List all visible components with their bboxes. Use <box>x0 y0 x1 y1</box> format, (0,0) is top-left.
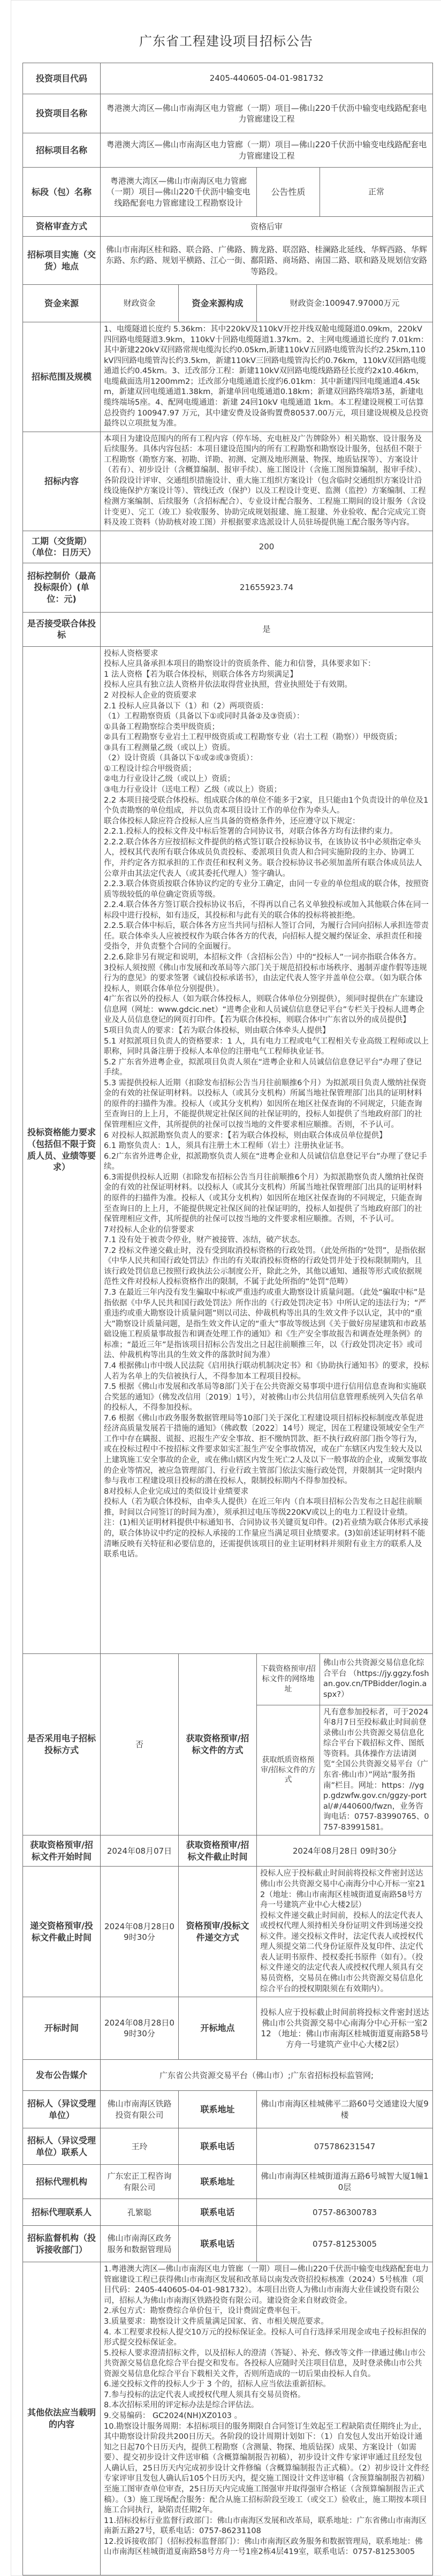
agency-phone-label: 联系电话 <box>179 2199 257 2226</box>
other-line: 6.递交投标文件的投标人少于 3 个的，招标人应当依法重新招标。 <box>104 2379 429 2390</box>
qualification-line: ③电力行业设计（送电工程）乙级（或以上）资质； <box>104 785 429 796</box>
other-spacer <box>104 2558 429 2573</box>
other-line: 3.质量要求：勘察设计文件质量满足国家、省、市相关规范要求。 <box>104 2317 429 2328</box>
supervisor-value: 佛山市南海区政务服务和数据管理局 <box>101 2226 179 2262</box>
notice-table: 投资项目代码 2405-440605-04-01-981732 投资项目名称 粤… <box>22 63 433 2575</box>
qualification-value: 投标人资格要求 投标人应具备承担本项目的勘察设计的资质条件、能力和信誉，具体要求… <box>101 646 433 1653</box>
agency-address-label: 联系地址 <box>179 2165 257 2199</box>
qualification-line: ①具备工程勘察综合类甲级资质； <box>104 722 429 733</box>
qualification-line: 联合体投标人除应符合投标人应当具备的资格条件外，还应遵守以下规定： <box>104 817 429 827</box>
qualification-line: 2.2.5.联合体中标后，联合体各方应当共同与招标人签订合同，为履行合同向招标人… <box>104 921 429 953</box>
row-investment-code: 投资项目代码 2405-440605-04-01-981732 <box>23 63 433 94</box>
doc-start-value: 2024年08月07日 <box>101 1835 179 1867</box>
row-funding: 资金来源 财政资金 资金来源构成 财政资金:100947.97000万元 <box>23 285 433 322</box>
qualification-line: 投标人应具有独立法人资格并依法取得营业执照，营业执照处于有效期。 <box>104 680 429 691</box>
agency-value: 广东宏正工程咨询有限公司 <box>101 2165 179 2199</box>
agency-contact-value: 孔繁聪 <box>101 2199 179 2226</box>
qualification-line: 注：(1)相关证明材料提供中标通知书、合同协议书关键页复印件。(2)若业绩为联合… <box>104 1518 429 1560</box>
tenderer-label: 招标人（异议受理单位） <box>23 2091 101 2128</box>
notice-nature-value: 正常 <box>320 168 433 217</box>
agency-label: 招标代理机构 <box>23 2165 101 2199</box>
row-supervisor: 招标监督机构（投诉接收部门） 佛山市南海区政务服务和数据管理局 联系电话 075… <box>23 2226 433 2262</box>
paper-method-label: 获取纸质资格预审/招标文件的方式 <box>257 1705 320 1835</box>
qualification-line: 7.2 投标文件递交截止时，没有受到取消投标资格的行政处罚。（此处所指的“处罚”… <box>104 1246 429 1288</box>
paper-method-value: 凡有意参加投标者，可于2024年8月7日至投标截止时间前登录佛山市公共资源交易信… <box>320 1705 433 1835</box>
row-doc-time: 获取资格预审/招标文件开始时间 2024年08月07日 获取资格预审/招标文件截… <box>23 1835 433 1867</box>
row-electronic-download: 是否采用电子招标投标方式 否 获取资格预审/招标文件的方式 下载资格预审/招标文… <box>23 1653 433 1705</box>
row-agency: 招标代理机构 广东宏正工程咨询有限公司 联系地址 佛山市南海区桂城街道海五路6号… <box>23 2165 433 2199</box>
qualification-line: 7.5 根据《佛山市发展和改革局等8部门关于在公共资源交易事项中进行信用信息查询… <box>104 1382 429 1414</box>
doc-end-value: 2024年08月28日 09时30分 <box>257 1835 433 1867</box>
tenderer-value: 佛山市南海区铁路投资有限公司 <box>101 2091 179 2128</box>
other-line: 12.投诉接收部门（招标投标监督部门）：佛山市南海区政务服务和数据管理局，联系地… <box>104 2537 429 2558</box>
qualification-line: 投标人（若为联合体投标，由牵头人提供）在近三年内（自本项目招标公告发布之日起往前… <box>104 1497 429 1518</box>
qualification-spacer <box>104 1560 429 1651</box>
agency-phone-value: 0757-86300783 <box>257 2199 433 2226</box>
download-address-label: 下载资格预审/招标文件的网络地址 <box>257 1653 320 1705</box>
other-line: 11.招标投标行业监督行政部门：佛山市南海区发展和改革局，联系地址：广东省佛山市… <box>104 2516 429 2537</box>
section-name-value: 粤港澳大湾区—佛山市南海区电力管廊（一期）项目—佛山220千伏沥中输变电线路配套… <box>101 168 257 217</box>
investment-name-value: 粤港澳大湾区—佛山市南海区电力管廊（一期）项目—佛山220千伏沥中输变电线路配套… <box>101 94 433 133</box>
page-title: 广东省工程建设项目招标公告 <box>11 1 441 63</box>
qualification-line: 7.3 在最近三年内没有发生骗取中标或严重违约或重大勘察设计质量问题。（此处“骗… <box>104 1288 429 1361</box>
row-location: 招标项目实施（交货）地点 佛山市南海区桂和路、联合路、广佛路、腾龙路、联滘路、桂… <box>23 237 433 285</box>
row-tenderer-contact: 招标人（异议受理单位）联系人 王玲 联系电话 075786231547 <box>23 2128 433 2165</box>
submission-method-value: 投标人应于投标截止时间前将投标文件密封送达佛山市公共资源交易中心南海分中心开标一… <box>257 1867 433 1997</box>
qualification-line: 2.2.6.除非另有规定和说明，本招标文件（含招标公告）中的“投标人”一词亦指联… <box>104 953 429 963</box>
row-other: 其他依法应当载明的内容 1.粤港澳大湾区—佛山市南海区电力管廊（一期）项目—佛山… <box>23 2262 433 2575</box>
row-media: 发布公告媒介 广东省公共资源交易平台（佛山市）;广东省招标投标监管网; <box>23 2060 433 2091</box>
qualification-line: 5.2 广东省外进粤企业，拟派项目负责人须在“进粤企业和人员诚信信息登记平台”办… <box>104 1057 429 1078</box>
submission-deadline-value: 2024年08月28日09时30分 <box>101 1867 179 1997</box>
qualification-line: 投标人资格要求 <box>104 649 429 660</box>
qualification-line: ①工程设计综合甲级资质； <box>104 764 429 775</box>
qualification-line: 6.2广东省外进粤企业，拟派勘察负责人须在“进粤企业和人员诚信信息登记平台”办理… <box>104 1152 429 1173</box>
qualification-line: 2.2.3.联合体资质按联合体协议约定的专业分工确定，由同一专业的单位组成的联合… <box>104 879 429 900</box>
supervisor-label: 招标监督机构（投诉接收部门） <box>23 2226 101 2262</box>
opening-time-label: 开标时间 <box>23 1997 101 2060</box>
qualification-line: 6.1 勘察负责人：1人，须具有注册土木工程师（岩土）注册执业证书。 <box>104 1141 429 1152</box>
consortium-value: 是 <box>101 612 433 646</box>
row-tender-project-name: 招标项目名称 粤港澳大湾区—佛山市南海区电力管廊（一期）项目—佛山220千伏沥中… <box>23 133 433 168</box>
qualification-line: 2.1 投标人应具备以下（1）和（2）两项资质： <box>104 701 429 712</box>
submission-method-label: 资格预审/投标文件递交方式 <box>179 1867 257 1997</box>
row-agency-contact: 招标代理联系人 孔繁聪 联系电话 0757-86300783 <box>23 2199 433 2226</box>
location-value: 佛山市南海区桂和路、联合路、广佛路、腾龙路、联滘路、桂澜路北延线、华辉西路、华辉… <box>101 237 433 285</box>
tenderer-contact-label: 招标人（异议受理单位）联系人 <box>23 2128 101 2165</box>
funding-composition-label: 资金来源构成 <box>179 285 257 322</box>
consortium-label: 是否接受联合体投标 <box>23 612 101 646</box>
review-method-label: 资格审查方式 <box>23 217 101 237</box>
qualification-line: ②电力行业设计乙级（或以上）资质； <box>104 774 429 785</box>
tenderer-contact-value: 王玲 <box>101 2128 179 2165</box>
other-line: 9.交易编码： GC2024(NH)XZ0103 。 <box>104 2411 429 2422</box>
notice-page: 广东省工程建设项目招标公告 投资项目代码 2405-440605-04-01-9… <box>11 0 441 2576</box>
other-line: 2.承包方式：勘察费综合单价包干，设计费固定费率包干。 <box>104 2306 429 2317</box>
scope-label: 招标范围及规模 <box>23 322 101 432</box>
qualification-line: （2）设计资质（具备以下①或②或③资质）： <box>104 753 429 764</box>
electronic-label: 是否采用电子招标投标方式 <box>23 1653 101 1835</box>
qualification-line: ③具有工程测量乙级（或以上）资质。 <box>104 743 429 754</box>
qualification-line: 2.2 本项目接受联合体投标。组成联合体的单位不能多于2家，且只能由1个负责设计… <box>104 796 429 817</box>
doc-end-label: 获取资格预审/招标文件截止时间 <box>179 1835 257 1867</box>
doc-start-label: 获取资格预审/招标文件开始时间 <box>23 1835 101 1867</box>
other-line: 8.本次招标采用的评定标办法是综合评估法。 <box>104 2400 429 2411</box>
supervisor-phone-value: 0757-81253005 <box>257 2226 433 2262</box>
control-price-label: 招标控制价（最高投标限价）(单位：元) <box>23 563 101 612</box>
tenderer-address-label: 联系地址 <box>179 2091 257 2128</box>
funding-composition-value: 财政资金:100947.97000万元 <box>257 285 433 322</box>
control-price-value: 21655923.74 <box>101 563 433 612</box>
other-line: 4. 本工程要求投标人提交10万元的投标保证金。投标人可自行选择采用现金或电子投… <box>104 2328 429 2348</box>
row-tenderer: 招标人（异议受理单位） 佛山市南海区铁路投资有限公司 联系地址 佛山市南海区桂城… <box>23 2091 433 2128</box>
funding-label: 资金来源 <box>23 285 101 322</box>
qualification-line: 2.2.1.投标人的投标文件及中标后签署的合同协议书，对联合体各方均有法律约束力… <box>104 827 429 837</box>
submission-method-line: 投标文件递交截止时间前，投标人的法定代表人或授权代理人须持相关身份证明文件到场递… <box>260 1911 429 1995</box>
row-scope: 招标范围及规模 1、电缆隧道长度约 5.36km：其中220kV及110kV开挖… <box>23 322 433 432</box>
other-line: 10.勘察设计服务周期：本招标项目的服务期限自合同签订生效起至工程缺陷责任期终止… <box>104 2422 429 2516</box>
content-value: 本项目为建设范围内的所有工程内容（停车场、充电桩及广告牌除外）相关勘察、设计服务… <box>101 432 433 531</box>
download-address-value[interactable]: 佛山市公共资源交易信息化综合平台 （https://jy.ggzy.foshan… <box>320 1653 433 1705</box>
qualification-line: 1 法人资格【若为联合体投标，则联合体各方均须满足】 <box>104 670 429 681</box>
qualification-line: 5项目负责人的要求：【若为联合体投标，则由联合体牵头人提供】 <box>104 1026 429 1037</box>
qualification-line: 投标人应具备承担本项目的勘察设计的资质条件、能力和信誉，具体要求如下： <box>104 659 429 670</box>
tenderer-phone-value: 075786231547 <box>257 2128 433 2165</box>
submission-method-line: 投标人应于投标截止时间前将投标文件密封送达佛山市公共资源交易中心南海分中心开标一… <box>260 1869 429 1910</box>
qualification-line: 4广东省以外的投标人（如为联合体投标人，则联合体单位分别提供），须同时提供在广东… <box>104 994 429 1026</box>
qualification-line: 7.6 根据《佛山市政务服务数据管理局等10部门关于深化工程建设项目招标投标制度… <box>104 1414 429 1487</box>
tender-project-name-label: 招标项目名称 <box>23 133 101 168</box>
tenderer-address-value: 佛山市南海区桂城佛平二路60号交通建设大厦9楼 <box>257 2091 433 2128</box>
investment-code-value: 2405-440605-04-01-981732 <box>101 63 433 94</box>
qualification-line: 5.3 需提供投标人近期（扣除发布招标公告当月往前顺推6个月）为拟派项目负责人缴… <box>104 1078 429 1131</box>
other-line: 5.投标人要求澄清招标文件，以及招标人的澄清（答疑）、补充、修改等文件一律通过佛… <box>104 2348 429 2380</box>
row-duration: 工期（交货期）（单位：日历天） 200 <box>23 531 433 563</box>
duration-value: 200 <box>101 531 433 563</box>
qualification-line: 7对投标人企业的信誉要求 <box>104 1225 429 1236</box>
qualification-line: 2.2.2.联合体各方应按招标文件提供的格式签订联合投标协议书，在该协议书中必须… <box>104 837 429 879</box>
other-line: 7.参与投标的法定代表人或授权代理人须具有交易员资格。 <box>104 2390 429 2401</box>
funding-value: 财政资金 <box>101 285 179 322</box>
qualification-line: 7.1 没有处于被责令停业，财产被接管、冻结，破产状态。 <box>104 1235 429 1246</box>
row-control-price: 招标控制价（最高投标限价）(单位：元) 21655923.74 <box>23 563 433 612</box>
qualification-line: 6 对投标人拟派勘察负责人的要求：【若为联合体投标，则由联合体成员单位提供】 <box>104 1131 429 1142</box>
opening-place-label: 开标地点 <box>179 1997 257 2060</box>
opening-time-value: 2024年08月28日09时30分 <box>101 1997 179 2060</box>
row-review-method: 资格审查方式 资格后审 <box>23 217 433 237</box>
qualification-label: 投标资格能力要求（包括但不限于资质人员、业绩等要求） <box>23 646 101 1653</box>
investment-name-label: 投资项目名称 <box>23 94 101 133</box>
qualification-line: 2.2.4.联合体各方签订联合投标协议书后，不得再以自己名义单独投标或加入其他联… <box>104 900 429 921</box>
submission-deadline-label: 递交资格预审/投标文件截止时间 <box>23 1867 101 1997</box>
other-label: 其他依法应当载明的内容 <box>23 2262 101 2575</box>
investment-code-label: 投资项目代码 <box>23 63 101 94</box>
review-method-value: 资格后审 <box>101 217 433 237</box>
tender-project-name-value: 粤港澳大湾区—佛山市南海区电力管廊（一期）项目—佛山220千伏沥中输变电线路配套… <box>101 133 433 168</box>
row-investment-name: 投资项目名称 粤港澳大湾区—佛山市南海区电力管廊（一期）项目—佛山220千伏沥中… <box>23 94 433 133</box>
media-label: 发布公告媒介 <box>23 2060 101 2091</box>
agency-contact-label: 招标代理联系人 <box>23 2199 101 2226</box>
scope-value: 1、电缆隧道长度约 5.36km：其中220kV及110kV开挖并线双舱电缆隧道… <box>101 322 433 432</box>
location-label: 招标项目实施（交货）地点 <box>23 237 101 285</box>
row-submission: 递交资格预审/投标文件截止时间 2024年08月28日09时30分 资格预审/投… <box>23 1867 433 1997</box>
qualification-line: 3投标人须按照《佛山市发展和改革局等六部门关于规范招投标市场秩序、遏制弄虚作假等… <box>104 963 429 995</box>
row-section-name: 标段（包）名称 粤港澳大湾区—佛山市南海区电力管廊（一期）项目—佛山220千伏沥… <box>23 168 433 217</box>
supervisor-phone-label: 联系电话 <box>179 2226 257 2262</box>
electronic-value: 否 <box>101 1653 179 1835</box>
notice-nature-label: 公告性质 <box>257 168 320 217</box>
media-value: 广东省公共资源交易平台（佛山市）;广东省招标投标监管网; <box>101 2060 433 2091</box>
row-content: 招标内容 本项目为建设范围内的所有工程内容（停车场、充电桩及广告牌除外）相关勘察… <box>23 432 433 531</box>
duration-label: 工期（交货期）（单位：日历天） <box>23 531 101 563</box>
qualification-line: 5.1 对拟派项目负责人的资格要求：1 人，具有电力工程或电气工程相关专业高级工… <box>104 1037 429 1057</box>
qualification-line: （1）工程勘察资质（具备以下①或同时具备②及③资质）： <box>104 712 429 722</box>
row-qualification: 投标资格能力要求（包括但不限于资质人员、业绩等要求） 投标人资格要求 投标人应具… <box>23 646 433 1653</box>
qualification-line: 6.3需提供投标人近期（扣除发布招标公告当月往前顺推6个月）为拟派勘察负责人缴纳… <box>104 1173 429 1225</box>
other-line: 1.粤港澳大湾区—佛山市南海区电力管廊（一期）项目—佛山220千伏沥中输变电线路… <box>104 2264 429 2306</box>
tenderer-phone-label: 联系电话 <box>179 2128 257 2165</box>
opening-place-value: 投标人应于投标截止时间前将投标文件密封送达佛山市公共资源交易中心南海分中心开标一… <box>257 1997 433 2060</box>
row-consortium: 是否接受联合体投标 是 <box>23 612 433 646</box>
qualification-line: ②具有工程勘察专业岩土工程甲级资质或工程勘察专业（岩土工程（勘察））甲级资质； <box>104 732 429 743</box>
section-name-label: 标段（包）名称 <box>23 168 101 217</box>
qualification-line: 8对投标人企业完成过的类似设计业绩要求 <box>104 1487 429 1498</box>
doc-method-label: 获取资格预审/招标文件的方式 <box>179 1653 257 1835</box>
qualification-line: 7.4 根据佛山市中级人民法院《启用执行联动机制决定书》和《协助执行通知书》的要… <box>104 1361 429 1382</box>
content-label: 招标内容 <box>23 432 101 531</box>
row-opening: 开标时间 2024年08月28日09时30分 开标地点 投标人应于投标截止时间前… <box>23 1997 433 2060</box>
qualification-line: 2 对投标人企业的资质要求 <box>104 691 429 701</box>
other-value: 1.粤港澳大湾区—佛山市南海区电力管廊（一期）项目—佛山220千伏沥中输变电线路… <box>101 2262 433 2575</box>
agency-address-value: 佛山市南海区桂城街道海五路6号城智大厦1幢10层 <box>257 2165 433 2199</box>
